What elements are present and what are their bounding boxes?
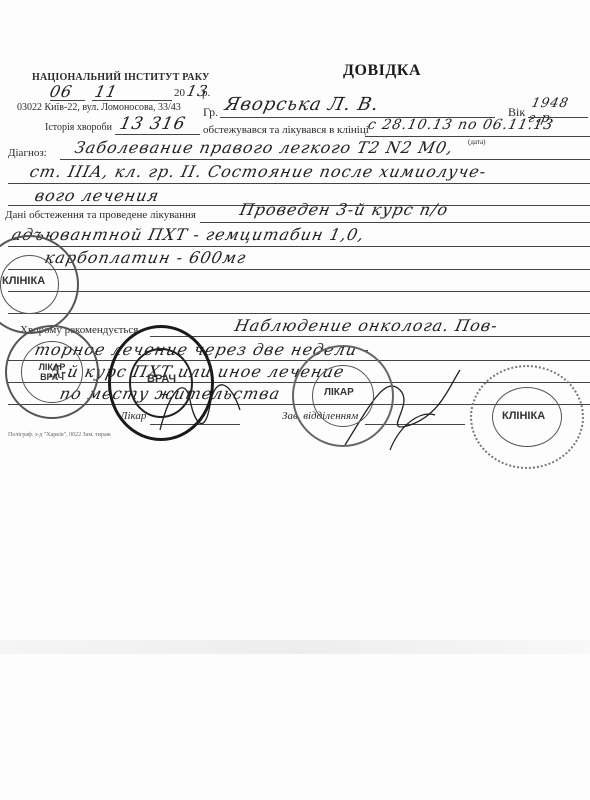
- doctor-stamp-right: ЛІКАР: [292, 345, 394, 447]
- examination-line-2: адъювантной ПХТ - гемцитабин 1,0,: [10, 225, 366, 244]
- diagnosis-line-1: Заболевание правого легкого T2 N2 M0,: [73, 138, 455, 157]
- date-year-prefix: 20: [174, 87, 185, 99]
- diagnosis-line-2: ст. IIIA, кл. гр. II. Состояние после хи…: [28, 162, 488, 181]
- date-year-unit: р.: [202, 87, 210, 99]
- doctor-stamp-center: ВРАЧ: [108, 325, 214, 441]
- diagnosis-line-3: вого лечения: [33, 186, 161, 205]
- date-caption: (дата): [468, 138, 485, 146]
- examination-label: Дані обстеження та проведене лікування: [5, 209, 196, 221]
- recommendations-line-1: Наблюдение онколога. Пов-: [233, 316, 500, 335]
- history-number: 13 316: [118, 114, 188, 134]
- institute-address: 03022 Київ-22, вул. Ломоносова, 33/43: [17, 102, 181, 113]
- date-line: 06 11 20 13 р.: [50, 82, 200, 102]
- examination-line-1: Проведен 3-й курс п/о: [238, 200, 450, 219]
- scan-smudge: [0, 640, 590, 654]
- date-month: 11: [93, 82, 119, 101]
- treated-dates: с 28.10.13 по 06.11.13: [366, 117, 555, 133]
- footer-print: Поліграф. з-д "Харків", 0022 Зам. тираж: [8, 432, 111, 438]
- history-label: Історія хвороби: [45, 122, 112, 133]
- patient-name: Яворська Л. В.: [223, 94, 381, 115]
- diagnosis-label: Діагноз:: [8, 147, 47, 159]
- doctor-stamp-left: ЛІКАР ВРАЧ: [5, 325, 99, 419]
- document-title: ДОВІДКА: [343, 62, 421, 80]
- clinic-stamp-right: КЛІНІКА: [470, 365, 584, 469]
- patient-name-label: Гр.: [203, 105, 218, 120]
- date-day: 06: [48, 82, 74, 101]
- treated-label: обстежувався та лікувався в клініці: [203, 124, 369, 136]
